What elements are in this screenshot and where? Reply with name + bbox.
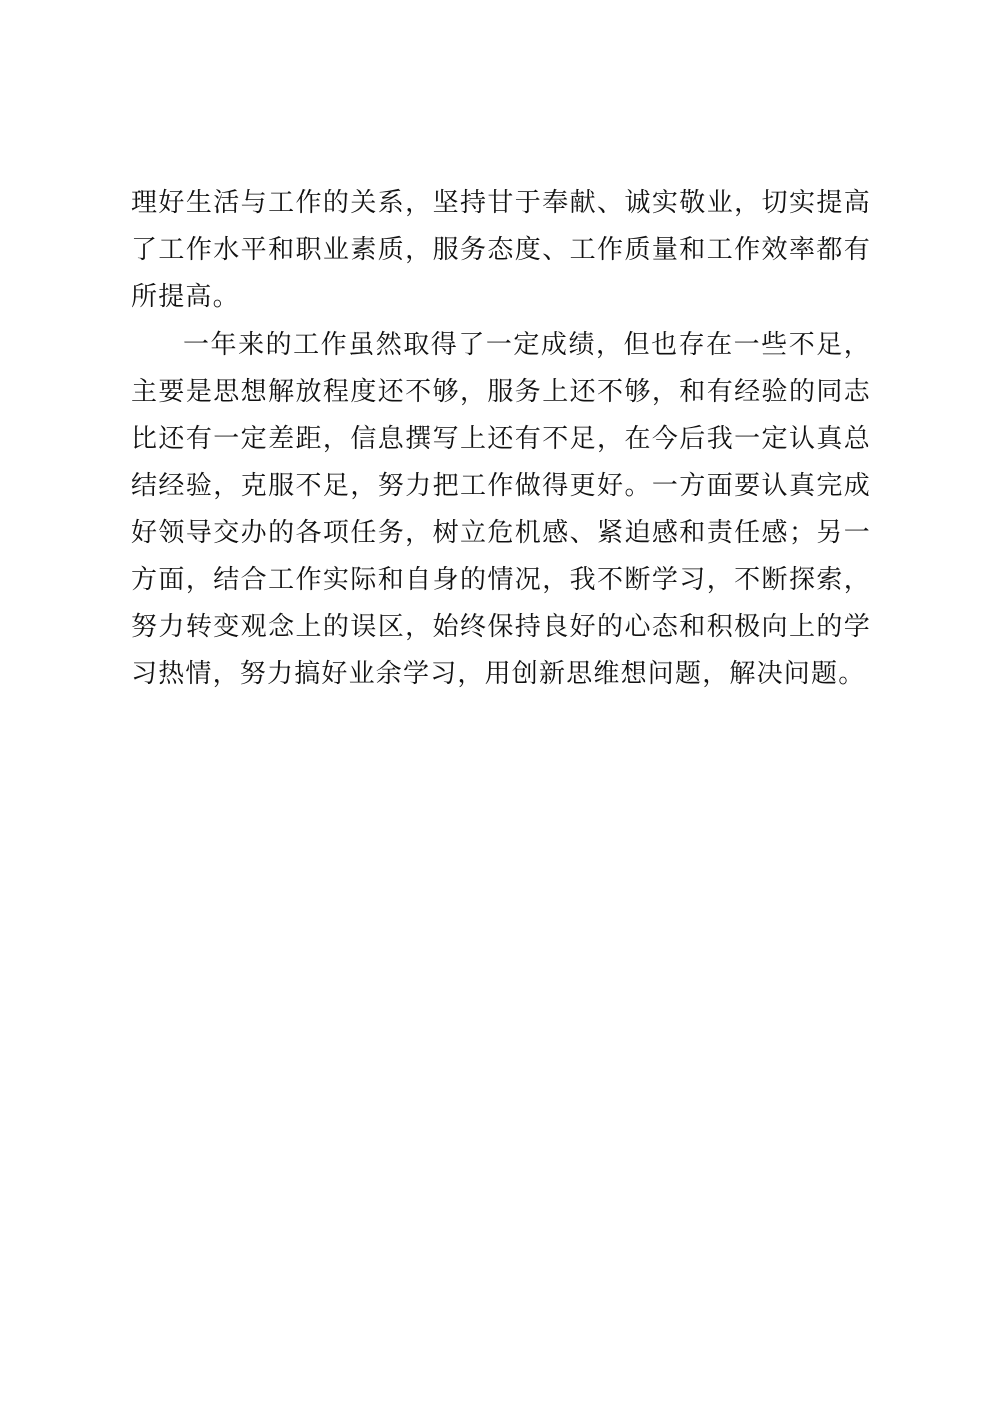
text-line: 好领导交办的各项任务，树立危机感、紧迫感和责任感；另一	[131, 510, 871, 557]
text-line: 比还有一定差距，信息撰写上还有不足，在今后我一定认真总	[131, 416, 871, 463]
text-line: 努力转变观念上的误区，始终保持良好的心态和积极向上的学	[131, 604, 871, 651]
paragraph-continuation: 理好生活与工作的关系，坚持甘于奉献、诚实敬业，切实提高 了工作水平和职业素质，服…	[131, 180, 871, 321]
text-line: 结经验，克服不足，努力把工作做得更好。一方面要认真完成	[131, 463, 871, 510]
document-page: 理好生活与工作的关系，坚持甘于奉献、诚实敬业，切实提高 了工作水平和职业素质，服…	[0, 0, 1000, 1415]
text-line: 所提高。	[131, 274, 871, 321]
text-line: 理好生活与工作的关系，坚持甘于奉献、诚实敬业，切实提高	[131, 180, 871, 227]
text-line: 习热情，努力搞好业余学习，用创新思维想问题，解决问题。	[131, 651, 871, 698]
text-line: 方面，结合工作实际和自身的情况，我不断学习，不断探索，	[131, 557, 871, 604]
text-line: 主要是思想解放程度还不够，服务上还不够，和有经验的同志	[131, 369, 871, 416]
text-line: 了工作水平和职业素质，服务态度、工作质量和工作效率都有	[131, 227, 871, 274]
paragraph-summary: 一年来的工作虽然取得了一定成绩，但也存在一些不足， 主要是思想解放程度还不够，服…	[131, 322, 871, 698]
text-line: 一年来的工作虽然取得了一定成绩，但也存在一些不足，	[131, 322, 871, 369]
